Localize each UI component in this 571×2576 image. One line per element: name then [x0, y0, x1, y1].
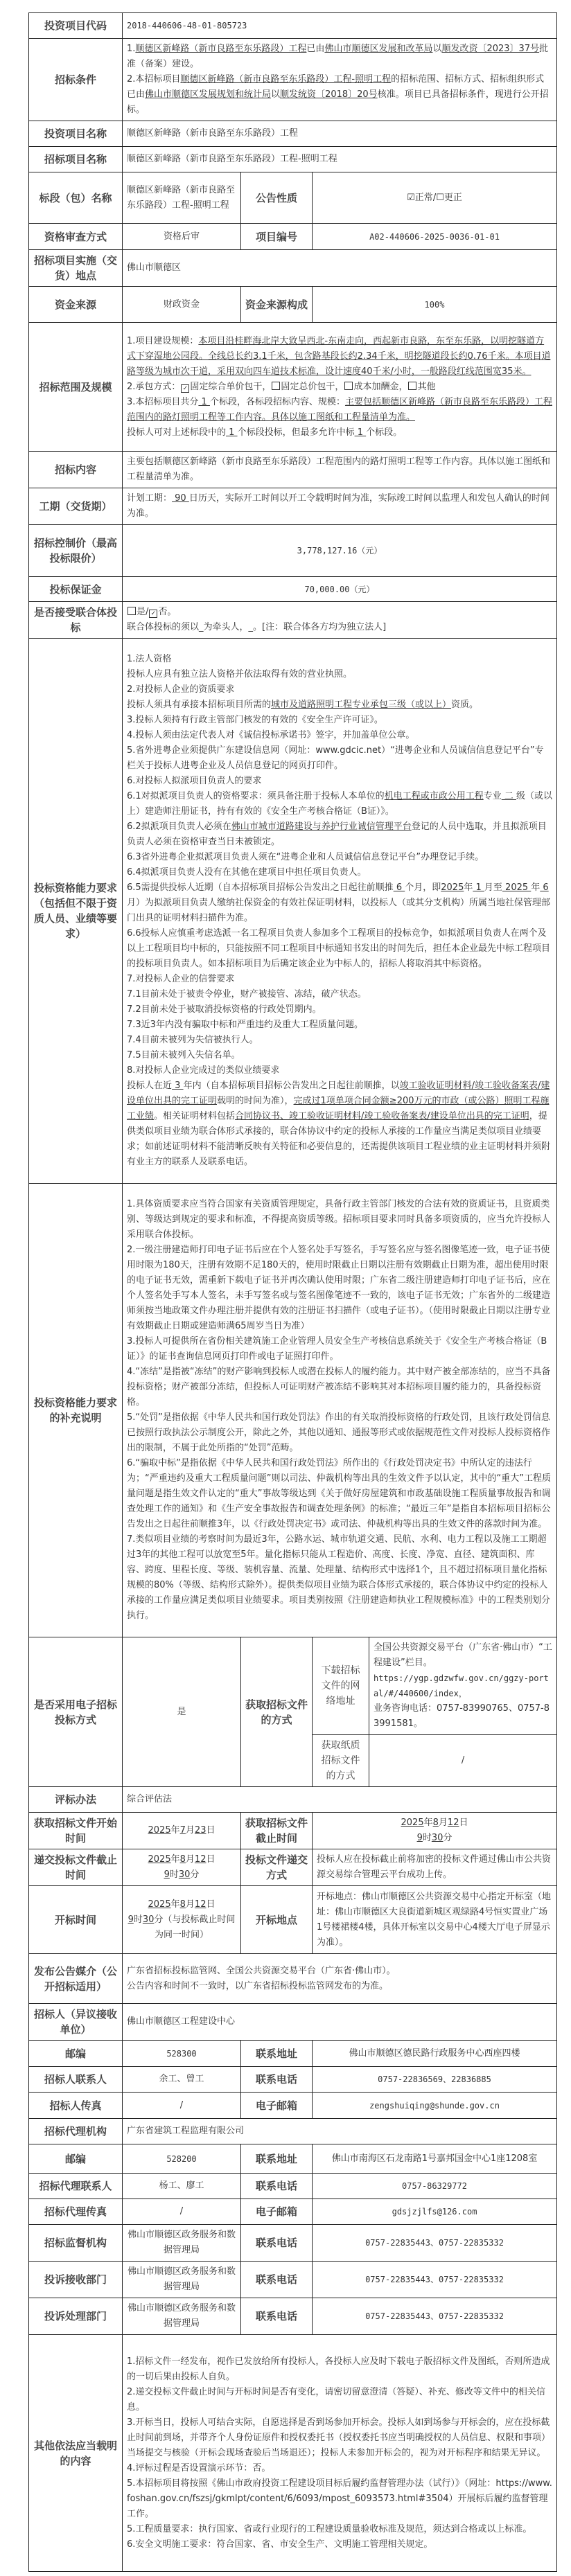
supplement-item: 6.“骗取中标”是指依据《中华人民共和国行政处罚法》所作出的《行政处罚决定书》中… [127, 1456, 552, 1532]
funding-composition-label: 资金来源构成 [241, 287, 313, 323]
tenderer-addr-label: 联系地址 [241, 2041, 313, 2067]
req-item: 6.4拟派项目负责人没有在其他在建项目中担任项目负责人。 [127, 865, 552, 880]
year: 2025 [148, 1854, 171, 1865]
month: 8 [180, 1899, 186, 1910]
tenderer-email-label: 电子邮箱 [241, 2093, 313, 2119]
row-evaluation: 评标办法 综合评估法 [29, 1787, 557, 1813]
req-item: 6.对投标人拟派项目负责人的要求 [127, 774, 552, 789]
opening-time-value: 2025年8月12日9时30分（与投标截止时间为同一时间） [123, 1886, 241, 1954]
contract-option-1: 固定综合单价包干， [190, 382, 271, 392]
tenderer-contact-label: 招标人联系人 [29, 2067, 123, 2093]
month: 6 [540, 882, 548, 893]
req-item: 1.法人资格 [127, 652, 552, 667]
years: 3 [172, 1081, 184, 1091]
nature-correction: 更正 [444, 193, 462, 203]
qualification-review-label: 资格审查方式 [29, 224, 123, 250]
row-agent-fax: 招标代理传真 / 电子邮箱 gdsjzjlfs@126.com [29, 2199, 557, 2225]
row-complaint-receive: 投诉接收部门 佛山市顺德区政务服务和数据管理局 联系电话 0757-228354… [29, 2262, 557, 2298]
text: 2.本招标项目 [127, 74, 180, 85]
invest-name-value: 顺德区新峰路（新市良路至东乐路段）工程 [123, 121, 557, 147]
req-item: 5.省外进粤企业须提供广东建设信息网（网址：www.gdcic.net）“进粤企… [127, 743, 552, 774]
tenderer-phone-label: 联系电话 [241, 2067, 313, 2093]
control-price-value: 3,778,127.16（元） [123, 525, 557, 577]
row-consortium: 是否接受联合体投标 是/✓否。 联合体投标的须以_为牵头人，_。[注：联合体各方… [29, 602, 557, 639]
text: 6.1对拟派项目负责人的资格要求：须具备注册于投标人本单位的 [127, 791, 385, 801]
electronic-label: 是否采用电子招标投标方式 [29, 1637, 123, 1787]
paper-method-label: 获取纸质招标文件的方式 [313, 1735, 369, 1787]
agent-fax-label: 招标代理传真 [29, 2199, 123, 2225]
year: 2025 [502, 882, 531, 893]
text: 投标人须具有承接本招标项目所需的 [127, 700, 271, 710]
tenderer-contact-value: 余工、曾工 [123, 2067, 241, 2093]
opening-place-label: 开标地点 [241, 1886, 313, 1954]
contract-option-2: 固定总价包干， [281, 382, 344, 392]
hour: 9 [417, 1833, 423, 1843]
deposit-value: 70,000.00（元） [123, 577, 557, 602]
tender-project-name: 顺德区新峰路（新市良路至东乐路段）工程-照明工程 [180, 74, 391, 85]
year: 2025 [148, 1825, 171, 1836]
obtain-method-label: 获取招标文件的方式 [241, 1637, 313, 1787]
req-item: 7.3近3年内没有骗取中标和严重违约及重大工程质量问题。 [127, 1018, 552, 1033]
month: 1 [473, 882, 484, 893]
complaint-receive-label: 投诉接收部门 [29, 2262, 123, 2298]
notice-nature-label: 公告性质 [241, 172, 313, 224]
text: 年 [464, 882, 473, 893]
tenderer-value: 佛山市顺德区工程建设中心 [123, 2004, 557, 2041]
section-count: 1 [198, 397, 210, 407]
duration-label: 工期（交货期） [29, 488, 123, 525]
supervision-label: 招标监督机构 [29, 2225, 123, 2262]
minute: 30 [179, 1869, 191, 1880]
scope-label: 招标范围及规模 [29, 323, 123, 452]
conditions-value: 1.顺德区新峰路（新市良路至东乐路段）工程已由佛山市顺德区发展和改革局以顺发改资… [123, 39, 557, 121]
tenderer-zip-label: 邮编 [29, 2041, 123, 2067]
req-item: 7.4目前未被列为失信被执行人。 [127, 1033, 552, 1048]
paper-method-value: / [369, 1735, 557, 1787]
complaint-handle-value: 佛山市顺德区政务服务和数据管理局 [123, 2298, 241, 2335]
minute: 30 [432, 1833, 443, 1843]
year: 2025 [148, 1899, 171, 1910]
req-item: 7.5目前未被列入失信名单。 [127, 1048, 552, 1063]
row-deposit: 投标保证金 70,000.00（元） [29, 577, 557, 602]
download-address-value: 全国公共资源交易平台（广东省·佛山市）“工程建设”栏目。 https://ygp… [369, 1637, 557, 1735]
obtain-start-label: 获取招标文件开始时间 [29, 1813, 123, 1849]
nature-normal: 正常 [415, 193, 433, 203]
tender-name-label: 招标项目名称 [29, 147, 123, 172]
year: 2025 [401, 1818, 424, 1828]
req-item: 6.6投标人应慎重考虑选派一名工程项目负责人参加多个工程项目的投标竞争，如拟派项… [127, 926, 552, 972]
text: 2.承包方式： [127, 382, 180, 392]
tender-name-value: 顺德区新峰路（新市良路至东乐路段）工程-照明工程 [123, 147, 557, 172]
agent-contact-value: 杨工、廖工 [123, 2174, 241, 2199]
supplement-label: 投标资格能力要求的补充说明 [29, 1184, 123, 1637]
supplement-item: 4.“冻结”是指被“冻结”的财产影响到投标人或潜在投标人的履约能力。其中财产被全… [127, 1365, 552, 1410]
row-section: 标段（包）名称 顺德区新峰路（新市良路至东乐路段）工程-照明工程 公告性质 ☑正… [29, 172, 557, 224]
row-obtain-time: 获取招标文件开始时间 2025年7月23日 获取招标文件截止时间 2025年8月… [29, 1813, 557, 1849]
row-funding: 资金来源 财政资金 资金来源构成 100% [29, 287, 557, 323]
row-tenderer-contact: 招标人联系人 余工、曾工 联系电话 0757-22836569、22836885 [29, 2067, 557, 2093]
row-invest-name: 投资项目名称 顺德区新峰路（新市良路至东乐路段）工程 [29, 121, 557, 147]
media-line: 公告内容和时间不一致时，以广东省招标投标监管网发布的为准。 [127, 1979, 552, 1994]
text: 载明的时间为准）， [217, 1096, 294, 1106]
submit-method-label: 投标文件递交方式 [241, 1849, 313, 1886]
text: 3.本招标项目共分 [127, 397, 198, 407]
text: 以 [432, 44, 441, 54]
row-complaint-handle: 投诉处理部门 佛山市顺德区政务服务和数据管理局 联系电话 0757-228354… [29, 2298, 557, 2335]
checkbox-unchecked-icon [128, 607, 136, 615]
other-item: 1.招标文件一经发布，视作已发放给所有投标人，各投标人应及时下载电子版招标文件及… [127, 2354, 552, 2385]
location-value: 佛山市顺德区 [123, 250, 557, 287]
tenderer-fax-label: 招标人传真 [29, 2093, 123, 2119]
day: 12 [195, 1854, 207, 1865]
row-qualification-review: 资格审查方式 资格后审 项目编号 A02-440606-2025-0036-01… [29, 224, 557, 250]
text: 1. [127, 44, 135, 54]
approval-authority: 佛山市顺德区发展和改革局 [324, 44, 432, 54]
text: 月至 [484, 882, 502, 893]
evaluation-value: 综合评估法 [123, 1787, 557, 1813]
other-item: 5.工程质量要求：执行国家、省或行业现行的工程建设质量验收标准及规范，须达到合格… [127, 2522, 552, 2537]
row-conditions: 招标条件 1.顺德区新峰路（新市良路至东乐路段）工程已由佛山市顺德区发展和改革局… [29, 39, 557, 121]
supervision-value: 佛山市顺德区政务服务和数据管理局 [123, 2225, 241, 2262]
minute: 30 [143, 1915, 155, 1925]
hour: 9 [128, 1915, 134, 1925]
req-item: 8.对投标人企业完成过的类似业绩要求 [127, 1063, 552, 1078]
supplement-item: 2.一级注册建造师打印电子证书后应在个人签名处手写签名，手写签名应与签名图像笔迹… [127, 1243, 552, 1334]
agent-label: 招标代理机构 [29, 2119, 123, 2144]
req-item: 7.对投标人企业的信誉要求 [127, 972, 552, 987]
checkbox-checked-icon: ✓ [149, 610, 157, 618]
text: 年内（自本招标项目招标公告发出之日起往前顺推，以 [184, 1081, 400, 1091]
req-item: 4.投标人须由法定代表人对《诚信投标承诺书》签字，并加盖单位公章。 [127, 728, 552, 743]
row-opening: 开标时间 2025年8月12日9时30分（与投标截止时间为同一时间） 开标地点 … [29, 1886, 557, 1954]
duration-days: 90 [172, 493, 189, 504]
project-no-value: A02-440606-2025-0036-01-01 [313, 224, 557, 250]
text: 个月，即 [405, 882, 441, 893]
year: 2025 [441, 882, 464, 893]
tenderer-email-value[interactable]: zengshuiqing@shunde.gov.cn [313, 2093, 557, 2119]
req-item: 2.对投标人企业的资质要求 [127, 682, 552, 698]
obtain-end-value: 2025年8月12日9时30分 [313, 1813, 557, 1849]
project-no-label: 项目编号 [241, 224, 313, 250]
row-invest-code: 投资项目代码 2018-440606-48-01-805723 [29, 13, 557, 39]
text: 个标段投标，但最多允许中标 [238, 427, 355, 438]
checkbox-unchecked-icon [272, 382, 280, 390]
row-agent: 招标代理机构 广东省建筑工程监理有限公司 [29, 2119, 557, 2144]
tenderer-phone-value: 0757-22836569、22836885 [313, 2067, 557, 2093]
platform-text: 全国公共资源交易平台（广东省·佛山市）“工程建设”栏目。 [374, 1640, 552, 1671]
supplement-item: 7.类似项目业绩的考察时间为最近3年，公路水运、城市轨道交通、民航、水利、电力工… [127, 1532, 552, 1624]
media-line: 广东省招标投标监管网、全国公共资源交易平台（广东省·佛山市）。 [127, 1964, 552, 1979]
row-electronic: 是否采用电子招标投标方式 是 获取招标文件的方式 下载招标文件的网络地址 全国公… [29, 1637, 557, 1735]
month: 8 [433, 1818, 439, 1828]
agent-zip-value: 528200 [123, 2144, 241, 2174]
section-value: 顺德区新峰路（新市良路至东乐路段）工程-照明工程 [123, 172, 241, 224]
text: 计划工期： [127, 493, 172, 504]
supervision-phone-label: 联系电话 [241, 2225, 313, 2262]
row-tenderer-fax: 招标人传真 / 电子邮箱 zengshuiqing@shunde.gov.cn [29, 2093, 557, 2119]
consortium-yes: 是/ [137, 607, 148, 617]
tender-notice-table: 投资项目代码 2018-440606-48-01-805723 招标条件 1.顺… [28, 12, 557, 2572]
row-scope: 招标范围及规模 1.项目建设规模：本项目沿桂畔海北岸大致呈西北-东南走向，西起新… [29, 323, 557, 452]
invest-code-value: 2018-440606-48-01-805723 [123, 13, 557, 39]
checkbox-unchecked-icon [408, 382, 416, 390]
agent-addr-value: 佛山市南海区石龙南路1号嘉邦国金中心1座1208室 [313, 2144, 557, 2174]
day: 12 [195, 1899, 207, 1910]
row-media: 发布公告媒介（公开招标适用） 广东省招标投标监管网、全国公共资源交易平台（广东省… [29, 1954, 557, 2004]
row-control-price: 招标控制价（最高投标限价） 3,778,127.16（元） [29, 525, 557, 577]
row-submit: 递交投标文件截止时间 2025年8月12日9时30分 投标文件递交方式 投标人应… [29, 1849, 557, 1886]
content-value: 主要包括顺德区新峰路（新市良路至东乐路段）工程范围内的路灯照明工程等工作内容。具… [123, 452, 557, 488]
agent-addr-label: 联系地址 [241, 2144, 313, 2174]
download-url-link[interactable]: https://ygp.gdzwfw.gov.cn/ggzy-portal/#/… [374, 1671, 552, 1701]
req-item: 3.投标人须持有行政主管部门核发的有效的《安全生产许可证》。 [127, 713, 552, 728]
funding-label: 资金来源 [29, 287, 123, 323]
bid-section-count: 1 [226, 427, 238, 438]
consortium-note: 联合体投标的须以_为牵头人，_。[注：联合体各方均为独立法人] [127, 620, 552, 635]
req-item: 投标人应具有独立法人资格并依法取得有效的营业执照。 [127, 667, 552, 682]
submit-method-value: 投标人应在投标截止前将加密的投标文件通过佛山市公共资源交易综合管理云平台成功上传… [313, 1849, 557, 1886]
contract-option-4: 其他 [417, 382, 435, 392]
consult-phone: 业务咨询电话：0757-83990765、0757-83991581。 [374, 1701, 552, 1732]
section-label: 标段（包）名称 [29, 172, 123, 224]
text: 个标段，各标段招标内容、规模： [210, 397, 345, 407]
approval-authority-2: 佛山市顺德区发展规划和统计局 [145, 89, 271, 100]
agent-fax-value: / [123, 2199, 241, 2225]
consortium-label: 是否接受联合体投标 [29, 602, 123, 639]
tenderer-addr-value: 佛山市顺德区德民路行政服务中心西座四楼 [313, 2041, 557, 2067]
text: 投标人可对上述标段中的 [127, 427, 226, 438]
approval-doc-no-2: 顺发统资〔2018〕20号 [280, 89, 378, 100]
supplement-item: 3.投标人可提供所在省份相关建筑施工企业管理人员安全生产考核信息系统关于《安全生… [127, 1334, 552, 1365]
complaint-handle-label: 投诉处理部门 [29, 2298, 123, 2335]
row-tenderer: 招标人（异议接收单位） 佛山市顺德区工程建设中心 [29, 2004, 557, 2041]
row-agent-zip: 邮编 528200 联系地址 佛山市南海区石龙南路1号嘉邦国金中心1座1208室 [29, 2144, 557, 2174]
download-address-label: 下载招标文件的网络地址 [313, 1637, 369, 1735]
agent-email-value[interactable]: gdsjzjlfs@126.com [313, 2199, 557, 2225]
invest-name-label: 投资项目名称 [29, 121, 123, 147]
media-label: 发布公告媒介（公开招标适用） [29, 1954, 123, 2004]
complaint-handle-phone-label: 联系电话 [241, 2298, 313, 2335]
submit-deadline-value: 2025年8月12日9时30分 [123, 1849, 241, 1886]
proof-documents: 合同协议书、竣工验收证明材料/竣工验收备案表/建设单位出具的完工证明 [235, 1111, 529, 1121]
text: 6.2拟派项目负责人必须在 [127, 821, 231, 832]
agent-phone-value: 0757-86329772 [313, 2174, 557, 2199]
complaint-receive-value: 佛山市顺德区政务服务和数据管理局 [123, 2262, 241, 2298]
contract-option-3: 成本加酬金， [353, 382, 407, 392]
tenderer-zip-value: 528300 [123, 2041, 241, 2067]
checkbox-unchecked-icon [344, 382, 353, 390]
text: 投标人在近 [127, 1081, 172, 1091]
specialty: 机电工程或市政公用工程 [385, 791, 484, 801]
agent-value: 广东省建筑工程监理有限公司 [123, 2119, 557, 2144]
obtain-start-value: 2025年7月23日 [123, 1813, 241, 1849]
platform-name: 佛山市城市道路建设与养护行业诚信管理平台 [231, 821, 412, 832]
text: 专业 [484, 791, 502, 801]
other-item: 4.评标过程是否设置演示环节：否。 [127, 2461, 552, 2476]
hour: 9 [164, 1869, 170, 1880]
other-item: 6.安全文明施工要求：符合国家、省、市安全生产、文明施工管理相关规定。 [127, 2537, 552, 2552]
win-section-count: 1 [355, 427, 367, 438]
project-name-link-text: 顺德区新峰路（新市良路至东乐路段）工程 [135, 44, 306, 54]
day: 12 [448, 1818, 459, 1828]
text: 。相关证明材料包括 [154, 1111, 235, 1121]
row-content: 招标内容 主要包括顺德区新峰路（新市良路至东乐路段）工程范围内的路灯照明工程等工… [29, 452, 557, 488]
required-qualification: 城市及道路照明工程专业承包三级（或以上） [271, 700, 451, 710]
invest-code-label: 投资项目代码 [29, 13, 123, 39]
supervision-phone-value: 0757-22835443、0757-22835332 [313, 2225, 557, 2262]
submit-deadline-label: 递交投标文件截止时间 [29, 1849, 123, 1886]
text: 年 [531, 882, 540, 893]
requirements-value: 1.法人资格 投标人应具有独立法人资格并依法取得有效的营业执照。 2.对投标人企… [123, 639, 557, 1184]
months: 6 [394, 882, 405, 893]
consortium-no: 否。 [158, 607, 176, 617]
day: 23 [195, 1825, 207, 1836]
complaint-receive-phone-label: 联系电话 [241, 2262, 313, 2298]
supplement-value: 1.具体资质要求应当符合国家有关资质管理规定，具备行政主管部门核发的合法有效的资… [123, 1184, 557, 1637]
checkbox-checked-icon: ☑ [407, 193, 415, 203]
text: 资质。 [451, 700, 478, 710]
agent-zip-label: 邮编 [29, 2144, 123, 2174]
consortium-value: 是/✓否。 联合体投标的须以_为牵头人，_。[注：联合体各方均为独立法人] [123, 602, 557, 639]
evaluation-label: 评标办法 [29, 1787, 123, 1813]
text: 月）为拟派项目负责人缴纳社保资金的有效社保证明材料，以投标人（或其分支机构）所属… [127, 898, 550, 923]
qualification-review-value: 资格后审 [123, 224, 241, 250]
control-price-label: 招标控制价（最高投标限价） [29, 525, 123, 577]
supplement-item: 5.“处罚”是指依据《中华人民共和国行政处罚法》作出的有关取消投标资格的行政处罚… [127, 1410, 552, 1456]
text: 已由 [306, 44, 324, 54]
opening-place-value: 开标地点：佛山市顺德区公共资源交易中心指定开标室（地址：佛山市顺德区大良街道新城… [313, 1886, 557, 1954]
notice-nature-value: ☑正常/☐更正 [313, 172, 557, 224]
complaint-receive-phone-value: 0757-22835443、0757-22835332 [313, 2262, 557, 2298]
month: 8 [180, 1854, 186, 1865]
row-location: 招标项目实施（交货）地点 佛山市顺德区 [29, 250, 557, 287]
obtain-end-label: 获取招标文件截止时间 [241, 1813, 313, 1849]
other-item: 2.递交投标文件截止时间与开标时间是否有变化，请密切留意澄清（答疑）、补充、修改… [127, 2385, 552, 2415]
tenderer-label: 招标人（异议接收单位） [29, 2004, 123, 2041]
text: 1.项目建设规模： [127, 336, 198, 346]
row-duration: 工期（交货期） 计划工期： 90 日历天，实际开工时间以开工令载明时间为准，实际… [29, 488, 557, 525]
content-label: 招标内容 [29, 452, 123, 488]
text: 日历天，实际开工时间以开工令载明时间为准，实际竣工时间以监理人和发包人确认的时间… [127, 493, 550, 519]
duration-value: 计划工期： 90 日历天，实际开工时间以开工令载明时间为准，实际竣工时间以监理人… [123, 488, 557, 525]
req-item: 7.1目前未处于被责令停业，财产被接管、冻结，破产状态。 [127, 987, 552, 1002]
funding-value: 财政资金 [123, 287, 241, 323]
conditions-label: 招标条件 [29, 39, 123, 121]
text: 个标段。 [366, 427, 402, 438]
row-tenderer-zip: 邮编 528300 联系地址 佛山市顺德区德民路行政服务中心西座四楼 [29, 2041, 557, 2067]
row-tender-name: 招标项目名称 顺德区新峰路（新市良路至东乐路段）工程-照明工程 [29, 147, 557, 172]
agent-phone-label: 联系电话 [241, 2174, 313, 2199]
month: 7 [180, 1825, 186, 1836]
media-value: 广东省招标投标监管网、全国公共资源交易平台（广东省·佛山市）。 公告内容和时间不… [123, 1954, 557, 2004]
row-supervision: 招标监督机构 佛山市顺德区政务服务和数据管理局 联系电话 0757-228354… [29, 2225, 557, 2262]
req-item: 7.2目前未处于被取消投标资格的行政处罚期内。 [127, 1002, 552, 1018]
funding-composition-value: 100% [313, 287, 557, 323]
opening-time-label: 开标时间 [29, 1886, 123, 1954]
row-requirements: 投标资格能力要求（包括但不限于资质人员、业绩等要求） 1.法人资格 投标人应具有… [29, 639, 557, 1184]
deposit-label: 投标保证金 [29, 577, 123, 602]
location-label: 招标项目实施（交货）地点 [29, 250, 123, 287]
agent-contact-label: 招标代理联系人 [29, 2174, 123, 2199]
supplement-item: 1.具体资质要求应当符合国家有关资质管理规定，具备行政主管部门核发的合法有效的资… [127, 1197, 552, 1243]
other-label: 其他依法应当载明的内容 [29, 2335, 123, 2572]
row-agent-contact: 招标代理联系人 杨工、廖工 联系电话 0757-86329772 [29, 2174, 557, 2199]
grade: 二 [502, 791, 516, 801]
row-supplement: 投标资格能力要求的补充说明 1.具体资质要求应当符合国家有关资质管理规定，具备行… [29, 1184, 557, 1637]
approval-doc-no: 顺发改资〔2023〕37号 [441, 44, 539, 54]
scope-value: 1.项目建设规模：本项目沿桂畔海北岸大致呈西北-东南走向，西起新市良路，东至东乐… [123, 323, 557, 452]
text: 以 [271, 89, 280, 100]
other-item: 5.本招标项目将按照《佛山市政府投资工程建设项目标后履约监督管理办法（试行）》（… [127, 2476, 552, 2522]
row-other: 其他依法应当载明的内容 1.招标文件一经发布，视作已发放给所有投标人，各投标人应… [29, 2335, 557, 2572]
checkbox-checked-icon: ✓ [181, 384, 189, 393]
text: 6.5需提供投标人近期（自本招标项目招标公告发出之日起往前顺推 [127, 882, 394, 893]
checkbox-unchecked-icon: ☐ [436, 193, 444, 203]
other-value: 1.招标文件一经发布，视作已发放给所有投标人，各投标人应及时下载电子版招标文件及… [123, 2335, 557, 2572]
other-item: 3.开标当日，投标人可结合实际，自愿选择是否到场参加开标会。投标人如到场参与开标… [127, 2415, 552, 2461]
electronic-value: 是 [123, 1637, 241, 1787]
tenderer-fax-value: / [123, 2093, 241, 2119]
opening-time-note: （与投标截止时间为同一时间） [155, 1915, 235, 1940]
req-item: 6.3省外进粤企业拟派项目负责人须在“进粤企业和人员诚信信息登记平台”办理登记手… [127, 850, 552, 865]
agent-email-label: 电子邮箱 [241, 2199, 313, 2225]
complaint-handle-phone-value: 0757-22835443、0757-22835332 [313, 2298, 557, 2335]
requirements-label: 投标资格能力要求（包括但不限于资质人员、业绩等要求） [29, 639, 123, 1184]
